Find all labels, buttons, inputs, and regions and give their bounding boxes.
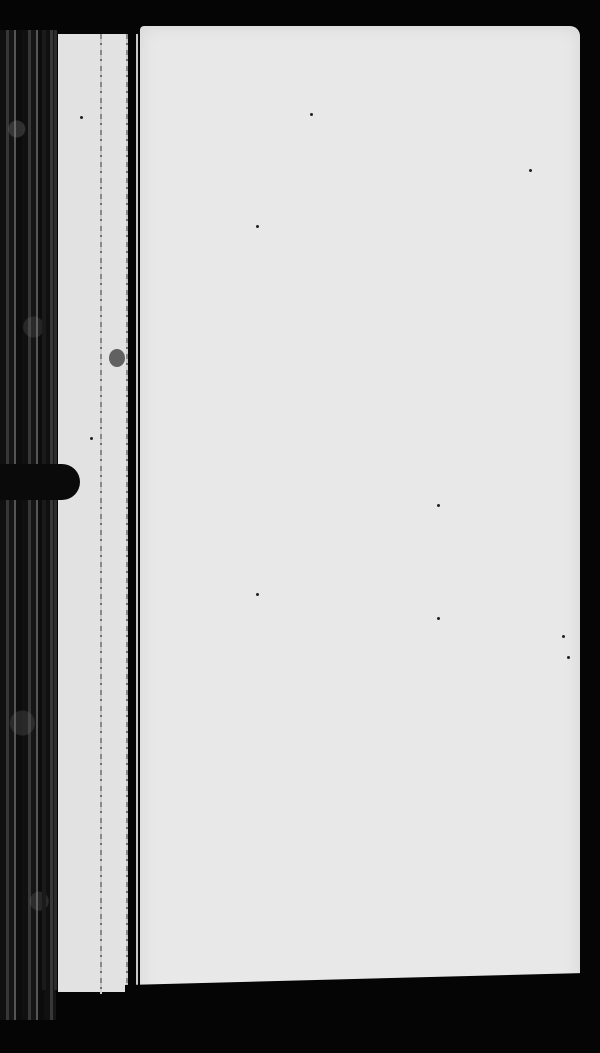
page-gutter-margin <box>58 34 128 992</box>
binding-edge-line <box>42 30 46 990</box>
speck <box>90 437 93 440</box>
speck <box>562 635 565 638</box>
speck <box>529 169 532 172</box>
gutter-fold-line <box>126 34 128 994</box>
gutter-fold-line <box>136 34 138 994</box>
blank-page <box>140 26 580 1028</box>
binding-edge-line <box>54 30 57 990</box>
speck <box>256 593 259 596</box>
speck <box>437 617 440 620</box>
bottom-shadow <box>125 973 585 1045</box>
gutter-fold-line <box>100 34 102 994</box>
speck <box>567 656 570 659</box>
speck <box>80 116 83 119</box>
book-binding <box>0 30 56 1020</box>
binding-clasp <box>0 464 80 500</box>
speck <box>256 225 259 228</box>
scanned-page-image <box>0 0 600 1053</box>
speck <box>437 504 440 507</box>
ink-blot <box>109 349 125 367</box>
speck <box>310 113 313 116</box>
